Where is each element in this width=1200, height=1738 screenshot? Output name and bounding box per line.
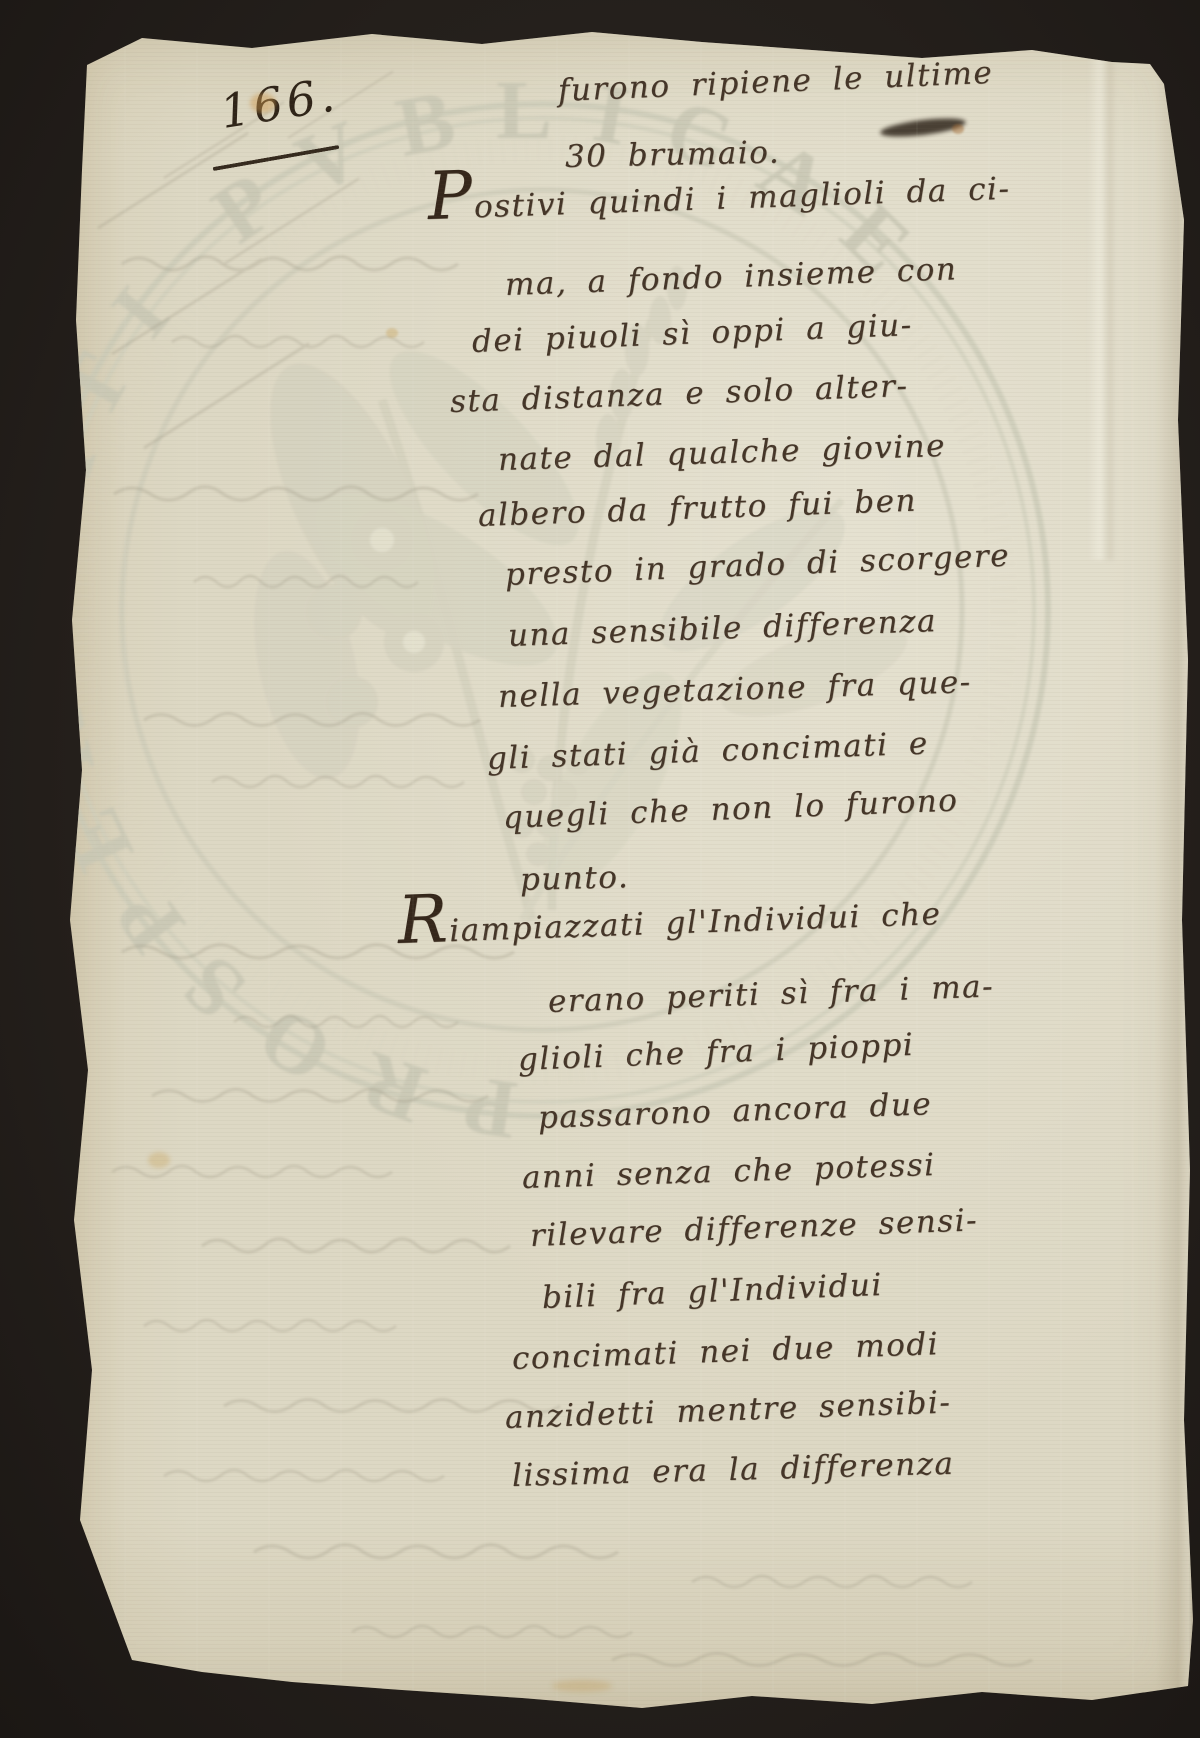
bleed-line bbox=[612, 1653, 1032, 1665]
manuscript-line: Postivi quindi i maglioli da ci- bbox=[427, 162, 1011, 228]
manuscript-line: anni senza che potessi bbox=[521, 1146, 936, 1197]
bleed-line bbox=[144, 713, 480, 725]
foxing-stain bbox=[148, 1152, 170, 1168]
bleed-line bbox=[352, 1626, 632, 1637]
manuscript-line: sta distanza e solo alter- bbox=[449, 367, 909, 421]
vertical-crease bbox=[1088, 20, 1116, 560]
manuscript-line: una sensibile differenza bbox=[507, 602, 937, 655]
manuscript-line: passarono ancora due bbox=[537, 1085, 932, 1137]
foxing-stain bbox=[552, 1680, 612, 1692]
manuscript-line: nella vegetazione fra que- bbox=[497, 663, 972, 716]
manuscript-line: concimati nei due modi bbox=[511, 1325, 939, 1378]
bleed-line bbox=[234, 1016, 458, 1027]
bleed-hatch bbox=[98, 133, 248, 228]
bleed-line bbox=[692, 1576, 972, 1587]
bleed-line bbox=[194, 576, 418, 587]
manuscript-line: anzidetti mentre sensibi- bbox=[504, 1383, 952, 1437]
bleed-line bbox=[254, 1545, 618, 1558]
manuscript-line: erano periti sì fra i ma- bbox=[547, 967, 994, 1021]
bleed-line bbox=[112, 1166, 392, 1177]
bleed-line bbox=[164, 1470, 444, 1481]
bleed-line bbox=[202, 1239, 510, 1252]
manuscript-line: glioli che fra i pioppi bbox=[517, 1026, 915, 1079]
bleed-line bbox=[144, 1320, 396, 1331]
manuscript-line: ma, a fondo insieme con bbox=[504, 250, 958, 304]
manuscript-line: dei piuoli sì oppi a giu- bbox=[471, 306, 913, 361]
manuscript-line: Riampiazzati gl'Individui che bbox=[397, 887, 942, 952]
manuscript-line: nate dal qualche giovine bbox=[497, 427, 946, 479]
manuscript-line: presto in grado di scorgere bbox=[504, 537, 1010, 594]
manuscript-line: punto. bbox=[520, 858, 630, 899]
bleed-hatch bbox=[224, 179, 359, 265]
manuscript-line: 30 brumaio. bbox=[565, 133, 781, 175]
manuscript-line: gli stati già concimati e bbox=[486, 725, 929, 778]
manuscript-line: albero da frutto fui ben bbox=[477, 482, 917, 535]
bleed-line bbox=[212, 776, 464, 787]
page-fore-edge bbox=[1155, 20, 1197, 1720]
manuscript-page: PROSPERITATI PVBLICAE bbox=[52, 20, 1197, 1720]
foxing-stain bbox=[386, 328, 398, 338]
bleed-line bbox=[122, 257, 458, 270]
bleed-hatch bbox=[144, 344, 309, 449]
ink-smudge bbox=[879, 115, 966, 140]
bleed-hatch bbox=[112, 259, 262, 354]
page-number-underline bbox=[213, 145, 340, 171]
manuscript-line: furono ripiene le ultime bbox=[557, 54, 994, 110]
bleed-line bbox=[114, 487, 478, 500]
bleed-line bbox=[172, 336, 424, 347]
manuscript-line: lissima era la differenza bbox=[511, 1445, 954, 1495]
bleed-line bbox=[152, 1089, 488, 1101]
manuscript-scan: PROSPERITATI PVBLICAE bbox=[0, 0, 1200, 1738]
manuscript-line: rilevare differenze sensi- bbox=[529, 1201, 978, 1255]
manuscript-line: bili fra gl'Individui bbox=[541, 1266, 883, 1317]
manuscript-line: quegli che non lo furono bbox=[502, 782, 959, 837]
watermark-flowers bbox=[306, 508, 444, 728]
page-number: 166. bbox=[217, 71, 341, 135]
